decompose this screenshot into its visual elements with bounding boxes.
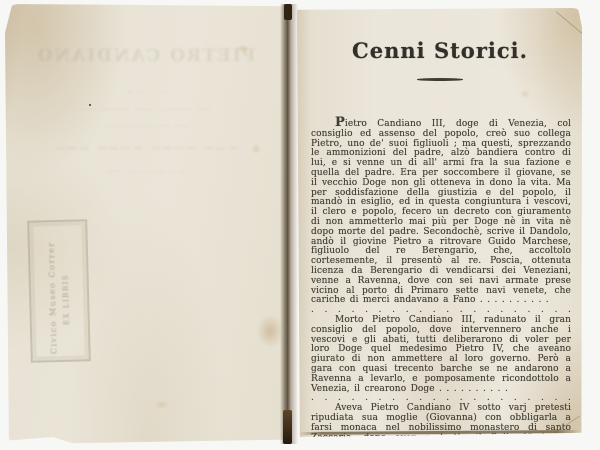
right-page: ——— ———— —— ——— ———— ——— —— ———— Cenni S… [297, 8, 582, 437]
bleedthrough-line: —— ————— ——— [5, 122, 286, 130]
stamp-line: EX LIBRIS [62, 274, 71, 325]
paragraph: Pietro Candiano III, doge di Venezia, co… [311, 118, 571, 306]
library-stamp: Civico Museo Correr EX LIBRIS [27, 219, 91, 363]
bleedthrough-line: —— ———— ——— ———— —— [5, 105, 286, 113]
scanned-book: PIETRO CANDIANO — — — — —— ———— ——— ————… [0, 0, 600, 450]
bleedthrough-text: PIETRO CANDIANO — — — — —— ———— ——— ————… [5, 46, 286, 184]
paragraph: Morto Pietro Candiano III, radunato il g… [311, 316, 571, 394]
ink-speck [89, 104, 91, 106]
gutter-binding [280, 4, 298, 444]
divider-rule [417, 78, 463, 81]
paragraph: Aveva Pietro Candiano IV sotto varj pret… [311, 404, 571, 450]
left-page: PIETRO CANDIANO — — — — —— ———— ——— ————… [5, 4, 286, 444]
body-text: Pietro Candiano III, doge di Venezia, co… [311, 118, 571, 450]
bleedthrough-line: —— ————— —— [5, 167, 286, 175]
stamp-line: Civico Museo Correr [46, 228, 58, 354]
bleedthrough-title-line: PIETRO CANDIANO [5, 46, 286, 66]
title-divider [311, 78, 569, 81]
page-title: Cenni Storici. [311, 38, 569, 63]
bleedthrough-line: ——— ———— ———— ——— [5, 143, 286, 154]
foxing-stain [155, 400, 169, 409]
bleedthrough-line: — — — — [5, 88, 286, 96]
